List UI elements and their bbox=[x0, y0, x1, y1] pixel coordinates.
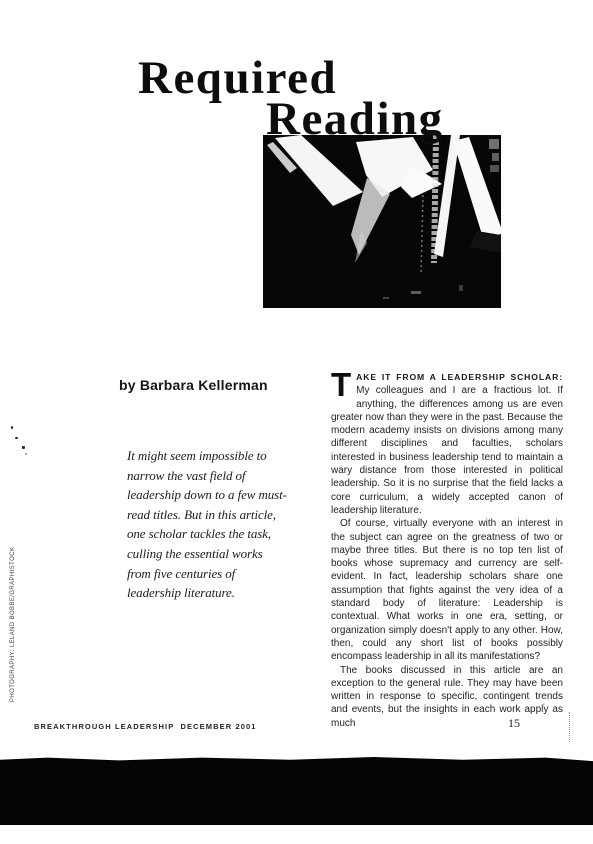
books-photo bbox=[263, 135, 501, 308]
article-paragraph-1: T AKE IT FROM A LEADERSHIP SCHOLAR: My c… bbox=[331, 371, 563, 517]
dust-speck bbox=[22, 446, 25, 449]
dust-speck bbox=[11, 426, 13, 429]
dust-speck bbox=[25, 453, 27, 455]
page-title-line2: Reading bbox=[266, 96, 444, 143]
scan-edge-dotted-line bbox=[569, 712, 570, 742]
dust-speck bbox=[15, 437, 18, 439]
article-body: T AKE IT FROM A LEADERSHIP SCHOLAR: My c… bbox=[331, 371, 563, 730]
byline: by Barbara Kellerman bbox=[119, 377, 268, 393]
paragraph-1-text: My colleagues and I are a fractious lot.… bbox=[331, 385, 563, 516]
lead-in-smallcaps: AKE IT FROM A LEADERSHIP SCHOLAR: bbox=[356, 372, 563, 382]
photo-credit: PHOTOGRAPHY: LELAND BOBBE/GRAPHISTOCK bbox=[10, 547, 16, 702]
scan-artifact-mark: ' bbox=[543, 702, 545, 712]
dropcap: T bbox=[331, 371, 356, 398]
magazine-page: Required Reading bbox=[0, 0, 593, 844]
footer-journal-title: BREAKTHROUGH LEADERSHIP DECEMBER 2001 bbox=[34, 722, 257, 731]
books-photo-illustration bbox=[263, 135, 501, 308]
pull-quote: It might seem impossible to narrow the v… bbox=[127, 446, 289, 603]
page-number: 15 bbox=[508, 716, 520, 731]
bottom-scan-band bbox=[0, 757, 593, 825]
article-paragraph-2: Of course, virtually everyone with an in… bbox=[331, 517, 563, 663]
article-paragraph-3: The books discussed in this article are … bbox=[331, 664, 563, 730]
